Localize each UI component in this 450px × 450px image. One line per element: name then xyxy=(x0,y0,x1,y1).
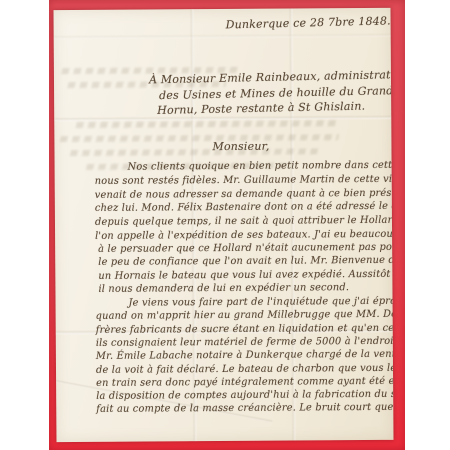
body-line: depuis quelque temps, il ne sait à quoi … xyxy=(95,215,394,228)
ink-bleed-through xyxy=(60,134,339,142)
body-line: quand on m'apprit hier au grand Millebru… xyxy=(96,309,394,322)
address-line: Hornu, Poste restante à St Ghislain. xyxy=(157,100,365,117)
body-line: la disposition de comptes aujourd'hui à … xyxy=(96,388,393,401)
handwritten-letter-sheet: Dunkerque ce 28 7bre 1848. À Monsieur Em… xyxy=(53,8,393,442)
body-line: venait de nous adresser sa demande quant… xyxy=(95,188,394,201)
body-line: nous sont restés fidèles. Mr. Guillaume … xyxy=(95,174,394,187)
ink-bleed-through xyxy=(76,120,339,128)
body-line: le peu de confiance que l'on avait en lu… xyxy=(98,254,393,267)
body-line: frères fabricants de sucre étant en liqu… xyxy=(96,322,394,335)
letter-dateline: Dunkerque ce 28 7bre 1848. xyxy=(225,14,390,31)
body-line: de la voit à fait déclaré. Le bateau de … xyxy=(96,362,394,376)
body-line: Nos clients quoique en bien petit nombre… xyxy=(128,159,394,172)
ink-bleed-through xyxy=(70,148,319,156)
horizontal-fold-line xyxy=(54,34,391,39)
body-line: Je viens vous faire part de l'inquiétude… xyxy=(129,296,394,309)
body-line: ils consignaient leur matériel de ferme … xyxy=(96,335,394,348)
body-line: à le persuader que ce Hollard n'était au… xyxy=(98,242,393,255)
body-line: Mr. Émile Labache notaire à Dunkerque ch… xyxy=(96,349,394,362)
body-line: fait au compte de la masse créancière. L… xyxy=(96,401,393,415)
body-line: un Hornais le bateau que vous lui avez e… xyxy=(98,268,393,281)
letter-photo-red-mat: Dunkerque ce 28 7bre 1848. À Monsieur Em… xyxy=(49,0,405,450)
body-line: l'on appelle à l'expédition de ses batea… xyxy=(95,228,393,241)
body-line: il nous demandera de lui en expédier un … xyxy=(98,282,349,295)
salutation: Monsieur, xyxy=(212,140,269,153)
page-background: Dunkerque ce 28 7bre 1848. À Monsieur Em… xyxy=(0,0,450,450)
body-line: chez lui. Mond. Félix Bastenaire dont on… xyxy=(95,201,394,214)
body-line: en train sera donc payé intégralement co… xyxy=(96,375,393,389)
